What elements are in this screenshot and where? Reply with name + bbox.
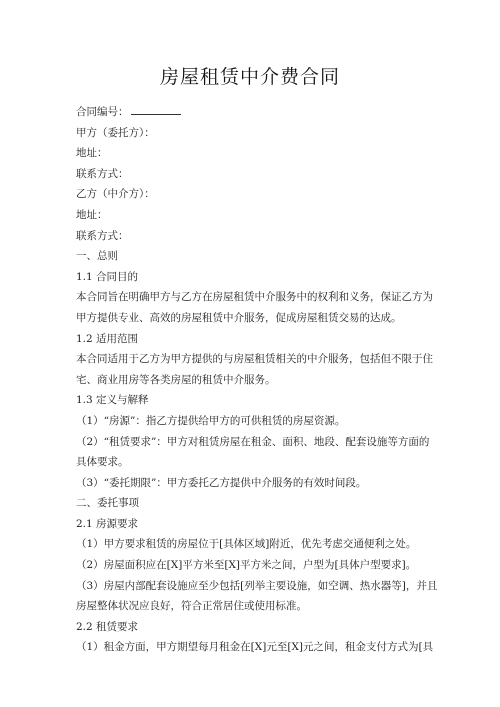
list-item: （3）房屋内部配套设施应至少包括[列举主要设施，如空调、热水器等]，并且 (76, 576, 430, 597)
list-item: （1）租金方面，甲方期望每月租金在[X]元至[X]元之间，租金支付方式为[具 (76, 637, 430, 658)
section-1-2-heading: 1.2 适用范围 (76, 329, 430, 350)
party-b-contact-label: 联系方式： (76, 226, 430, 247)
list-item: （2）房屋面积应在[X]平方米至[X]平方米之间，户型为[具体户型要求]。 (76, 555, 430, 576)
paragraph-line: 宅、商业用房等各类房屋的租赁中介服务。 (76, 370, 430, 391)
party-b-address-label: 地址： (76, 205, 430, 226)
contract-number-blank (131, 104, 181, 115)
list-item-continuation: 具体要求。 (76, 452, 430, 473)
section-1-3-heading: 1.3 定义与解释 (76, 390, 430, 411)
section-2-2-heading: 2.2 租赁要求 (76, 617, 430, 638)
section-1-1-heading: 1.1 合同目的 (76, 267, 430, 288)
section-1-heading: 一、总则 (76, 246, 430, 267)
list-item: （1）甲方要求租赁的房屋位于[具体区域]附近，优先考虑交通便利之处。 (76, 534, 430, 555)
party-b-label: 乙方（中介方）： (76, 184, 430, 205)
document-page: 房屋租赁中介费合同 合同编号： 甲方（委托方）： 地址： 联系方式： 乙方（中介… (0, 0, 500, 707)
list-item: （1）“房源”：指乙方提供给甲方的可供租赁的房屋资源。 (76, 411, 430, 432)
contract-number-label: 合同编号： (76, 106, 129, 118)
party-a-label: 甲方（委托方）： (76, 123, 430, 144)
list-item-continuation: 房屋整体状况应良好，符合正常居住或使用标准。 (76, 596, 430, 617)
document-body: 合同编号： 甲方（委托方）： 地址： 联系方式： 乙方（中介方）： 地址： 联系… (76, 102, 430, 658)
list-item: （2）“租赁要求”：甲方对租赁房屋在租金、面积、地段、配套设施等方面的 (76, 432, 430, 453)
section-2-heading: 二、委托事项 (76, 493, 430, 514)
paragraph-line: 甲方提供专业、高效的房屋租赁中介服务，促成房屋租赁交易的达成。 (76, 308, 430, 329)
party-a-address-label: 地址： (76, 143, 430, 164)
document-title: 房屋租赁中介费合同 (0, 62, 500, 89)
section-2-1-heading: 2.1 房源要求 (76, 514, 430, 535)
list-item: （3）“委托期限”：甲方委托乙方提供中介服务的有效时间段。 (76, 473, 430, 494)
paragraph-line: 本合同适用于乙方为甲方提供的与房屋租赁相关的中介服务，包括但不限于住 (76, 349, 430, 370)
contract-number-line: 合同编号： (76, 102, 430, 123)
paragraph-line: 本合同旨在明确甲方与乙方在房屋租赁中介服务中的权利和义务，保证乙方为 (76, 287, 430, 308)
party-a-contact-label: 联系方式： (76, 164, 430, 185)
